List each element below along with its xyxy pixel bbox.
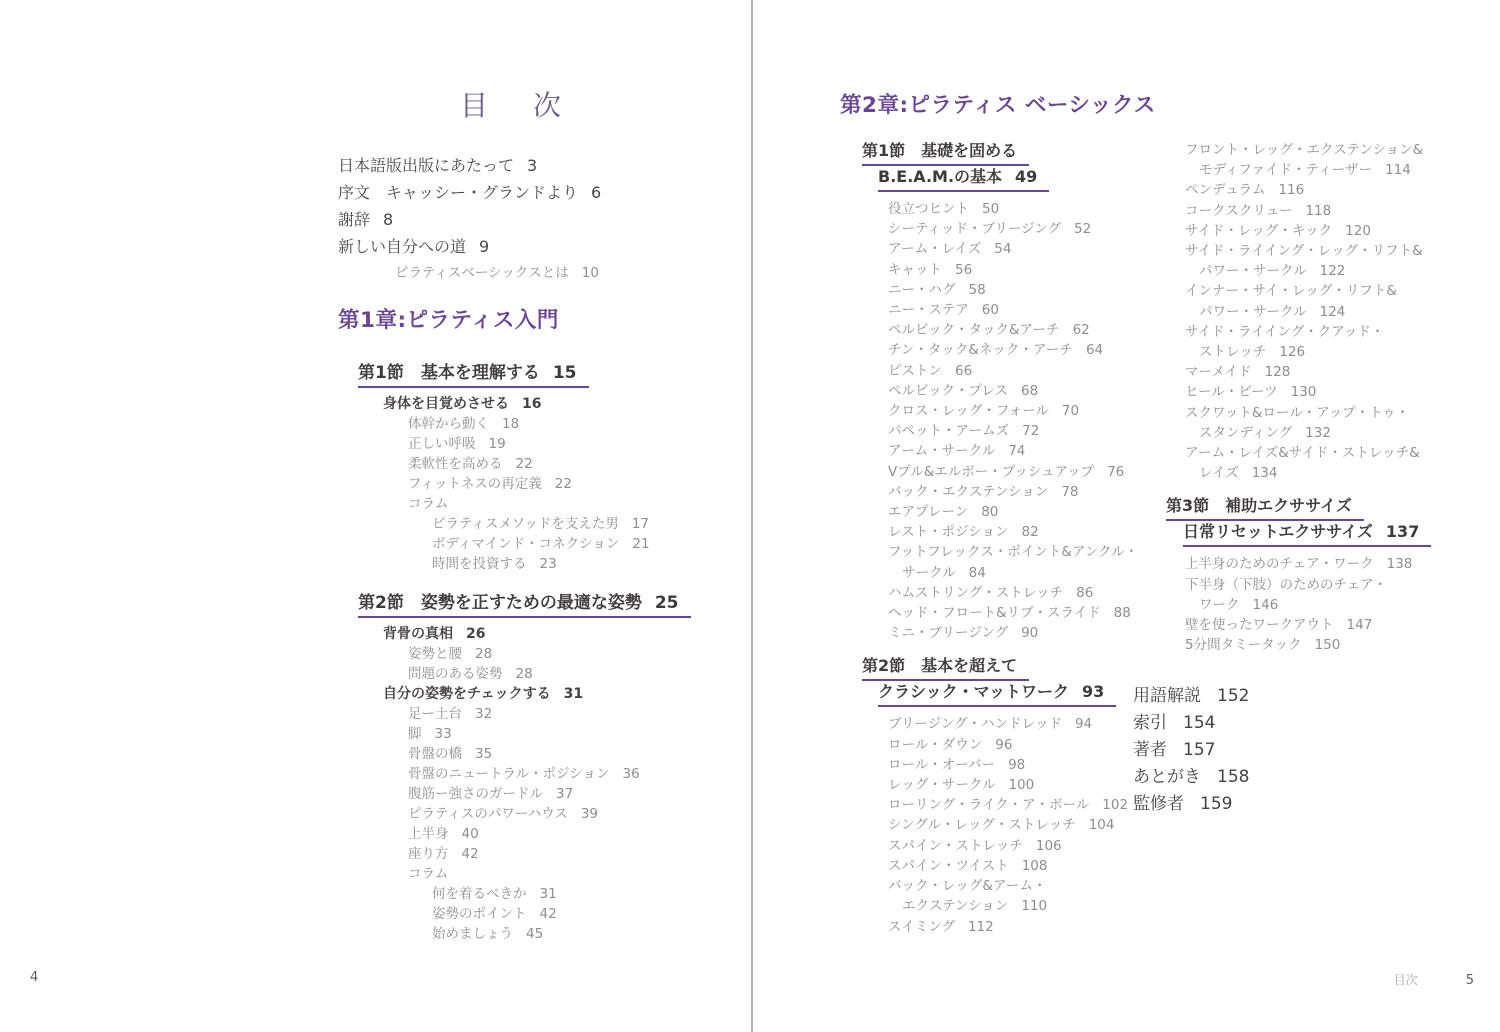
entry-text: サークル84 <box>902 565 986 581</box>
entry-label: 問題のある姿勢 <box>408 666 503 682</box>
entry-page-number: 19 <box>489 436 506 452</box>
entry-page-number: 64 <box>1086 342 1103 358</box>
entry-text: あとがき158 <box>1133 767 1249 787</box>
entry-label: ピストン <box>888 363 942 379</box>
entry-text: 正しい呼吸19 <box>408 436 506 452</box>
entry-text: シーティッド・ブリージング52 <box>888 221 1091 237</box>
entry-page-number: 36 <box>623 766 640 782</box>
entry-text: 序文 キャッシー・グランドより6 <box>338 183 601 202</box>
entry-label: チン・タック&ネック・アーチ <box>888 342 1073 358</box>
entry-label: ニー・ステア <box>888 302 969 318</box>
entry-label: 自分の姿勢をチェックする <box>383 686 551 702</box>
section-heading: 第3節 補助エクササイズ <box>1133 495 1478 521</box>
entry-page-number: 70 <box>1062 403 1079 419</box>
entry-text: 身体を目覚めさせる16 <box>383 396 541 412</box>
entry-label: 第1節 基本を理解する <box>358 363 540 383</box>
entry-page-number: 28 <box>516 666 533 682</box>
toc-entry: ハムストリング・ストレッチ86 <box>862 583 1170 603</box>
entry-text: クロス・レッグ・フォール70 <box>888 403 1079 419</box>
toc-entry: ストレッチ126 <box>1133 342 1478 362</box>
entry-label: あとがき <box>1133 767 1201 787</box>
entry-text: アーム・レイズ54 <box>888 241 1011 257</box>
entry-page-number: 106 <box>1036 838 1062 854</box>
toc-entry: 上半身のためのチェア・ワーク138 <box>1133 554 1478 574</box>
entry-page-number: 58 <box>969 282 986 298</box>
backmatter-entry: 監修者159 <box>1133 791 1478 818</box>
entry-label: 始めましょう <box>432 926 513 942</box>
toc-entry: サイド・ライイング・レッグ・リフト& <box>1133 241 1478 261</box>
toc-entry: サークル84 <box>862 563 1170 583</box>
entry-text: インナー・サイ・レッグ・リフト& <box>1185 283 1397 299</box>
entry-text: ロール・オーバー98 <box>888 757 1025 773</box>
entry-label: アーム・レイズ&サイド・ストレッチ& <box>1185 445 1420 461</box>
entry-label: ミニ・ブリージング <box>888 625 1008 641</box>
entry-label: 新しい自分への道 <box>338 237 466 256</box>
entry-label: 役立つヒント <box>888 201 969 217</box>
entry-label: モディファイド・ティーザー <box>1199 162 1372 178</box>
entry-text: 座り方42 <box>408 846 479 862</box>
entry-page-number: 138 <box>1387 556 1413 572</box>
entry-text: 新しい自分への道9 <box>338 237 489 256</box>
entry-label: エクステンション <box>902 898 1008 914</box>
toc-entry: 5分間タミータック150 <box>1133 635 1478 655</box>
entry-label: 日常リセットエクササイズ <box>1183 522 1373 541</box>
entry-label: Vプル&エルボー・プッシュアップ <box>888 464 1094 480</box>
entry-label: ペルビック・タック&アーチ <box>888 322 1060 338</box>
entry-page-number: 28 <box>475 646 492 662</box>
entry-label: サークル <box>902 565 956 581</box>
entry-text: エクステンション110 <box>902 898 1047 914</box>
entry-label: 正しい呼吸 <box>408 436 476 452</box>
entry-text: コラム <box>408 496 448 512</box>
entry-text: エアプレーン80 <box>888 504 998 520</box>
toc-entry: 姿勢と腰28 <box>338 644 743 664</box>
entry-text: 骨盤のニュートラル・ポジション36 <box>408 766 640 782</box>
entry-page-number: 54 <box>994 241 1011 257</box>
section-heading: 第2節 姿勢を正すための最適な姿勢25 <box>338 588 743 618</box>
entry-label: 下半身（下肢）のためのチェア・ <box>1185 577 1387 593</box>
entry-text: 第1章:ピラティス入門 <box>338 308 559 333</box>
entry-page-number: 147 <box>1347 617 1373 633</box>
right-page-toc-column-1: 第1節 基礎を固めるB.E.A.M.の基本49役立つヒント50シーティッド・ブリ… <box>862 140 1170 937</box>
entry-text: 時間を投資する23 <box>432 556 557 572</box>
toc-entry: スパイン・ツイスト108 <box>862 856 1170 876</box>
entry-text: ペルビック・タック&アーチ62 <box>888 322 1090 338</box>
toc-entry: 問題のある姿勢28 <box>338 664 743 684</box>
entry-text: サイド・レッグ・キック120 <box>1185 223 1371 239</box>
entry-text: ペンデュラム116 <box>1185 182 1304 198</box>
entry-page-number: 10 <box>582 265 599 281</box>
toc-entry: フィットネスの再定義22 <box>338 474 743 494</box>
right-page-toc-column-2: フロント・レッグ・エクステンション&モディファイド・ティーザー114ペンデュラム… <box>1133 140 1478 818</box>
section-heading: 日常リセットエクササイズ137 <box>1133 521 1478 547</box>
entry-page-number: 137 <box>1386 522 1419 541</box>
entry-text: ロール・ダウン96 <box>888 737 1012 753</box>
entry-text: スタンディング132 <box>1199 425 1331 441</box>
entry-text: バック・レッグ&アーム・ <box>888 878 1047 894</box>
entry-text: フットフレックス・ポイント&アンクル・ <box>888 544 1138 560</box>
entry-label: 壁を使ったワークアウト <box>1185 617 1334 633</box>
entry-label: ペルビック・プレス <box>888 383 1008 399</box>
toc-entry: ブリージング・ハンドレッド94 <box>862 714 1170 734</box>
toc-entry: ピラティスのパワーハウス39 <box>338 804 743 824</box>
entry-text: 第2節 姿勢を正すための最適な姿勢25 <box>358 588 691 618</box>
entry-page-number: 82 <box>1022 524 1039 540</box>
toc-entry: 脚33 <box>338 724 743 744</box>
entry-label: シーティッド・ブリージング <box>888 221 1061 237</box>
entry-label: スタンディング <box>1199 425 1292 441</box>
toc-entry: 背骨の真相26 <box>338 624 743 644</box>
entry-label: 著者 <box>1133 740 1167 760</box>
entry-text: 腹筋ー強さのガードル37 <box>408 786 573 802</box>
entry-label: 座り方 <box>408 846 449 862</box>
toc-entry: 骨盤の橋35 <box>338 744 743 764</box>
entry-label: コラム <box>408 866 448 882</box>
entry-label: レスト・ポジション <box>888 524 1009 540</box>
entry-text: 謝辞8 <box>338 210 393 229</box>
toc-entry: スクワット&ロール・アップ・トゥ・ <box>1133 403 1478 423</box>
entry-label: ペンデュラム <box>1185 182 1265 198</box>
entry-text: シングル・レッグ・ストレッチ104 <box>888 817 1115 833</box>
toc-entry: ヒール・ビーツ130 <box>1133 382 1478 402</box>
entry-text: 壁を使ったワークアウト147 <box>1185 617 1372 633</box>
entry-label: クロス・レッグ・フォール <box>888 403 1049 419</box>
toc-entry: 何を着るべきか31 <box>338 884 743 904</box>
entry-text: ニー・ハグ58 <box>888 282 986 298</box>
entry-page-number: 31 <box>540 886 557 902</box>
entry-page-number: 159 <box>1200 794 1232 814</box>
entry-text: 著者157 <box>1133 740 1215 760</box>
entry-text: スパイン・ツイスト108 <box>888 858 1047 874</box>
toc-entry: ピラティスメソッドを支えた男17 <box>338 514 743 534</box>
entry-text: 始めましょう45 <box>432 926 543 942</box>
entry-page-number: 32 <box>475 706 492 722</box>
entry-label: フロント・レッグ・エクステンション& <box>1185 142 1423 158</box>
section-heading: B.E.A.M.の基本49 <box>862 166 1170 192</box>
entry-label: コークスクリュー <box>1185 203 1292 219</box>
toc-entry: パペット・アームズ72 <box>862 421 1170 441</box>
section-heading: 第1節 基本を理解する15 <box>338 358 743 388</box>
toc-entry: モディファイド・ティーザー114 <box>1133 160 1478 180</box>
footer-page-number-right: 5 <box>1466 973 1474 988</box>
entry-page-number: 104 <box>1089 817 1115 833</box>
entry-label: キャット <box>888 262 942 278</box>
toc-entry: フットフレックス・ポイント&アンクル・ <box>862 542 1170 562</box>
entry-page-number: 60 <box>982 302 999 318</box>
toc-entry: アーム・レイズ54 <box>862 239 1170 259</box>
entry-page-number: 25 <box>655 593 679 613</box>
entry-label: アーム・サークル <box>888 443 995 459</box>
toc-entry: 新しい自分への道9 <box>338 233 743 260</box>
toc-entry: ピストン66 <box>862 361 1170 381</box>
entry-label: 柔軟性を高める <box>408 456 503 472</box>
backmatter-entry: 索引154 <box>1133 710 1478 737</box>
entry-page-number: 76 <box>1107 464 1124 480</box>
toc-entry: アーム・サークル74 <box>862 441 1170 461</box>
entry-label: ワーク <box>1199 597 1240 613</box>
entry-text: 柔軟性を高める22 <box>408 456 533 472</box>
footer-right: 目次5 <box>1394 971 1474 988</box>
toc-entry: キャット56 <box>862 260 1170 280</box>
toc-entry: インナー・サイ・レッグ・リフト& <box>1133 281 1478 301</box>
entry-page-number: 112 <box>968 919 994 935</box>
entry-text: 5分間タミータック150 <box>1185 637 1340 653</box>
spacer <box>338 574 743 588</box>
entry-label: シングル・レッグ・ストレッチ <box>888 817 1076 833</box>
entry-label: パワー・サークル <box>1199 263 1307 279</box>
toc-entry: エアプレーン80 <box>862 502 1170 522</box>
entry-text: スイミング112 <box>888 919 994 935</box>
entry-text: 下半身（下肢）のためのチェア・ <box>1185 577 1387 593</box>
entry-page-number: 33 <box>435 726 452 742</box>
entry-label: ピラティスベーシックスとは <box>395 265 569 281</box>
toc-entry: サイド・レッグ・キック120 <box>1133 221 1478 241</box>
toc-entry: フロント・レッグ・エクステンション& <box>1133 140 1478 160</box>
entry-label: 用語解説 <box>1133 686 1201 706</box>
entry-page-number: 84 <box>969 565 986 581</box>
section-heading: 第1節 基礎を固める <box>862 140 1170 166</box>
entry-label: 日本語版出版にあたって <box>338 156 514 175</box>
entry-text: コークスクリュー118 <box>1185 203 1331 219</box>
toc-entry: 時間を投資する23 <box>338 554 743 574</box>
entry-text: ピラティスのパワーハウス39 <box>408 806 598 822</box>
entry-label: スパイン・ストレッチ <box>888 838 1023 854</box>
entry-label: 骨盤の橋 <box>408 746 462 762</box>
entry-label: スクワット&ロール・アップ・トゥ・ <box>1185 405 1409 421</box>
left-page-toc-column: 日本語版出版にあたって3序文 キャッシー・グランドより6謝辞8新しい自分への道9… <box>338 152 743 944</box>
entry-text: パペット・アームズ72 <box>888 423 1039 439</box>
entry-text: 骨盤の橋35 <box>408 746 492 762</box>
toc-entry: レッグ・サークル100 <box>862 775 1170 795</box>
entry-label: フィットネスの再定義 <box>408 476 542 492</box>
entry-text: パワー・サークル124 <box>1199 304 1345 320</box>
toc-entry: ペルビック・タック&アーチ62 <box>862 320 1170 340</box>
toc-entry: 骨盤のニュートラル・ポジション36 <box>338 764 743 784</box>
entry-label: クラシック・マットワーク <box>878 682 1069 701</box>
entry-text: スパイン・ストレッチ106 <box>888 838 1062 854</box>
footer-page-number-left: 4 <box>30 970 38 985</box>
toc-entry: レスト・ポジション82 <box>862 522 1170 542</box>
toc-entry: パワー・サークル124 <box>1133 302 1478 322</box>
entry-text: レイズ134 <box>1199 465 1277 481</box>
entry-label: サイド・レッグ・キック <box>1185 223 1332 239</box>
entry-text: 問題のある姿勢28 <box>408 666 533 682</box>
entry-label: パペット・アームズ <box>888 423 1009 439</box>
spacer <box>862 643 1170 655</box>
entry-text: ストレッチ126 <box>1199 344 1305 360</box>
entry-page-number: 35 <box>475 746 492 762</box>
entry-text: アーム・サークル74 <box>888 443 1025 459</box>
entry-page-number: 110 <box>1021 898 1047 914</box>
entry-page-number: 134 <box>1252 465 1278 481</box>
entry-label: 第2節 基本を超えて <box>862 656 1017 675</box>
entry-text: ハムストリング・ストレッチ86 <box>888 585 1093 601</box>
entry-page-number: 158 <box>1217 767 1249 787</box>
entry-page-number: 78 <box>1061 484 1078 500</box>
toc-entry: 腹筋ー強さのガードル37 <box>338 784 743 804</box>
entry-label: ロール・ダウン <box>888 737 982 753</box>
toc-entry: スタンディング132 <box>1133 423 1478 443</box>
entry-label: 第2節 姿勢を正すための最適な姿勢 <box>358 593 642 613</box>
entry-page-number: 124 <box>1320 304 1346 320</box>
entry-text: ニー・ステア60 <box>888 302 999 318</box>
entry-page-number: 56 <box>955 262 972 278</box>
entry-page-number: 39 <box>581 806 598 822</box>
entry-text: 上半身のためのチェア・ワーク138 <box>1185 556 1412 572</box>
entry-page-number: 146 <box>1253 597 1279 613</box>
entry-label: バック・レッグ&アーム・ <box>888 878 1047 894</box>
toc-entry: 序文 キャッシー・グランドより6 <box>338 179 743 206</box>
toc-entry: 柔軟性を高める22 <box>338 454 743 474</box>
entry-text: ピストン66 <box>888 363 972 379</box>
entry-text: スクワット&ロール・アップ・トゥ・ <box>1185 405 1409 421</box>
entry-page-number: 126 <box>1279 344 1305 360</box>
entry-label: エアプレーン <box>888 504 968 520</box>
entry-label: B.E.A.M.の基本 <box>878 167 1002 186</box>
toc-entry: 座り方42 <box>338 844 743 864</box>
toc-entry: ローリング・ライク・ア・ボール102 <box>862 795 1170 815</box>
toc-entry: パワー・サークル122 <box>1133 261 1478 281</box>
entry-text: ブリージング・ハンドレッド94 <box>888 716 1092 732</box>
entry-page-number: 16 <box>522 396 541 412</box>
chapter-heading: 第1章:ピラティス入門 <box>338 303 743 334</box>
toc-entry: ボディマインド・コネクション21 <box>338 534 743 554</box>
entry-page-number: 114 <box>1385 162 1411 178</box>
entry-page-number: 102 <box>1102 797 1128 813</box>
entry-text: 第3節 補助エクササイズ <box>1166 495 1364 521</box>
toc-entry: スイミング112 <box>862 917 1170 937</box>
entry-page-number: 23 <box>540 556 557 572</box>
entry-page-number: 42 <box>462 846 479 862</box>
entry-label: 序文 キャッシー・グランドより <box>338 183 578 202</box>
entry-text: B.E.A.M.の基本49 <box>878 166 1049 192</box>
entry-page-number: 128 <box>1265 364 1291 380</box>
entry-text: 背骨の真相26 <box>383 626 485 642</box>
entry-label: ピラティスメソッドを支えた男 <box>432 516 619 532</box>
entry-text: ローリング・ライク・ア・ボール102 <box>888 797 1128 813</box>
entry-text: 用語解説152 <box>1133 686 1249 706</box>
entry-page-number: 122 <box>1320 263 1346 279</box>
entry-page-number: 154 <box>1183 713 1215 733</box>
entry-text: 何を着るべきか31 <box>432 886 557 902</box>
entry-text: キャット56 <box>888 262 972 278</box>
toc-entry: ペルビック・プレス68 <box>862 381 1170 401</box>
toc-entry: 正しい呼吸19 <box>338 434 743 454</box>
entry-text: 役立つヒント50 <box>888 201 999 217</box>
entry-text: 監修者159 <box>1133 794 1232 814</box>
entry-page-number: 150 <box>1315 637 1341 653</box>
entry-label: ブリージング・ハンドレッド <box>888 716 1062 732</box>
footer-section-label: 目次 <box>1394 973 1418 987</box>
toc-entry: サイド・ライイング・クアッド・ <box>1133 322 1478 342</box>
entry-text: パワー・サークル122 <box>1199 263 1345 279</box>
backmatter-entry: 用語解説152 <box>1133 683 1478 710</box>
toc-entry: ピラティスベーシックスとは10 <box>338 260 743 286</box>
entry-label: パワー・サークル <box>1199 304 1307 320</box>
entry-label: 背骨の真相 <box>383 626 453 642</box>
toc-entry: ヘッド・フロート&リブ・スライド88 <box>862 603 1170 623</box>
entry-page-number: 152 <box>1217 686 1249 706</box>
entry-page-number: 3 <box>527 156 537 175</box>
entry-text: レスト・ポジション82 <box>888 524 1039 540</box>
entry-text: 第1節 基礎を固める <box>862 140 1029 166</box>
entry-label: アーム・レイズ <box>888 241 981 257</box>
section-heading: 第2節 基本を超えて <box>862 655 1170 681</box>
backmatter-entry: 著者157 <box>1133 737 1478 764</box>
toc-entry: バック・レッグ&アーム・ <box>862 876 1170 896</box>
entry-label: レイズ <box>1199 465 1239 481</box>
entry-label: サイド・ライイング・レッグ・リフト& <box>1185 243 1423 259</box>
spacer <box>1133 655 1478 683</box>
entry-page-number: 22 <box>516 456 533 472</box>
backmatter-entry: あとがき158 <box>1133 764 1478 791</box>
entry-text: 索引154 <box>1133 713 1215 733</box>
entry-page-number: 40 <box>462 826 479 842</box>
entry-page-number: 157 <box>1183 740 1215 760</box>
entry-page-number: 98 <box>1008 757 1025 773</box>
toc-entry: シーティッド・ブリージング52 <box>862 219 1170 239</box>
toc-entry: スパイン・ストレッチ106 <box>862 836 1170 856</box>
toc-entry: ペンデュラム116 <box>1133 180 1478 200</box>
page-title: 目 次 <box>338 84 683 124</box>
entry-label: 足ー土台 <box>408 706 462 722</box>
entry-label: 謝辞 <box>338 210 370 229</box>
entry-text: 足ー土台32 <box>408 706 492 722</box>
entry-label: ボディマインド・コネクション <box>432 536 619 552</box>
entry-label: インナー・サイ・レッグ・リフト& <box>1185 283 1397 299</box>
entry-page-number: 15 <box>553 363 577 383</box>
entry-page-number: 94 <box>1075 716 1092 732</box>
toc-entry: コークスクリュー118 <box>1133 201 1478 221</box>
entry-page-number: 72 <box>1022 423 1039 439</box>
entry-text: バック・エクステンション78 <box>888 484 1079 500</box>
entry-text: ワーク146 <box>1199 597 1278 613</box>
entry-text: チン・タック&ネック・アーチ64 <box>888 342 1103 358</box>
entry-text: モディファイド・ティーザー114 <box>1199 162 1411 178</box>
entry-text: 上半身40 <box>408 826 479 842</box>
entry-label: ロール・オーバー <box>888 757 995 773</box>
entry-text: コラム <box>408 866 448 882</box>
entry-label: ヒール・ビーツ <box>1185 384 1278 400</box>
toc-entry: 始めましょう45 <box>338 924 743 944</box>
toc-entry: 日本語版出版にあたって3 <box>338 152 743 179</box>
toc-entry: クロス・レッグ・フォール70 <box>862 401 1170 421</box>
section-heading: クラシック・マットワーク93 <box>862 681 1170 707</box>
entry-page-number: 116 <box>1278 182 1304 198</box>
toc-entry: ロール・オーバー98 <box>862 755 1170 775</box>
entry-label: バック・エクステンション <box>888 484 1048 500</box>
entry-text: サイド・ライイング・クアッド・ <box>1185 324 1384 340</box>
toc-entry: ロール・ダウン96 <box>862 735 1170 755</box>
entry-label: 第3節 補助エクササイズ <box>1166 496 1352 515</box>
entry-page-number: 96 <box>995 737 1012 753</box>
entry-text: レッグ・サークル100 <box>888 777 1034 793</box>
entry-label: 姿勢のポイント <box>432 906 527 922</box>
entry-label: サイド・ライイング・クアッド・ <box>1185 324 1384 340</box>
entry-text: 姿勢と腰28 <box>408 646 492 662</box>
entry-page-number: 74 <box>1008 443 1025 459</box>
entry-label: ヘッド・フロート&リブ・スライド <box>888 605 1101 621</box>
entry-label: 5分間タミータック <box>1185 637 1302 653</box>
toc-entry: マーメイド128 <box>1133 362 1478 382</box>
entry-label: 身体を目覚めさせる <box>383 396 509 412</box>
entry-text: ピラティスベーシックスとは10 <box>395 265 599 281</box>
entry-text: Vプル&エルボー・プッシュアップ76 <box>888 464 1124 480</box>
entry-label: 骨盤のニュートラル・ポジション <box>408 766 610 782</box>
entry-page-number: 9 <box>479 237 489 256</box>
entry-page-number: 52 <box>1074 221 1091 237</box>
toc-entry: ニー・ハグ58 <box>862 280 1170 300</box>
